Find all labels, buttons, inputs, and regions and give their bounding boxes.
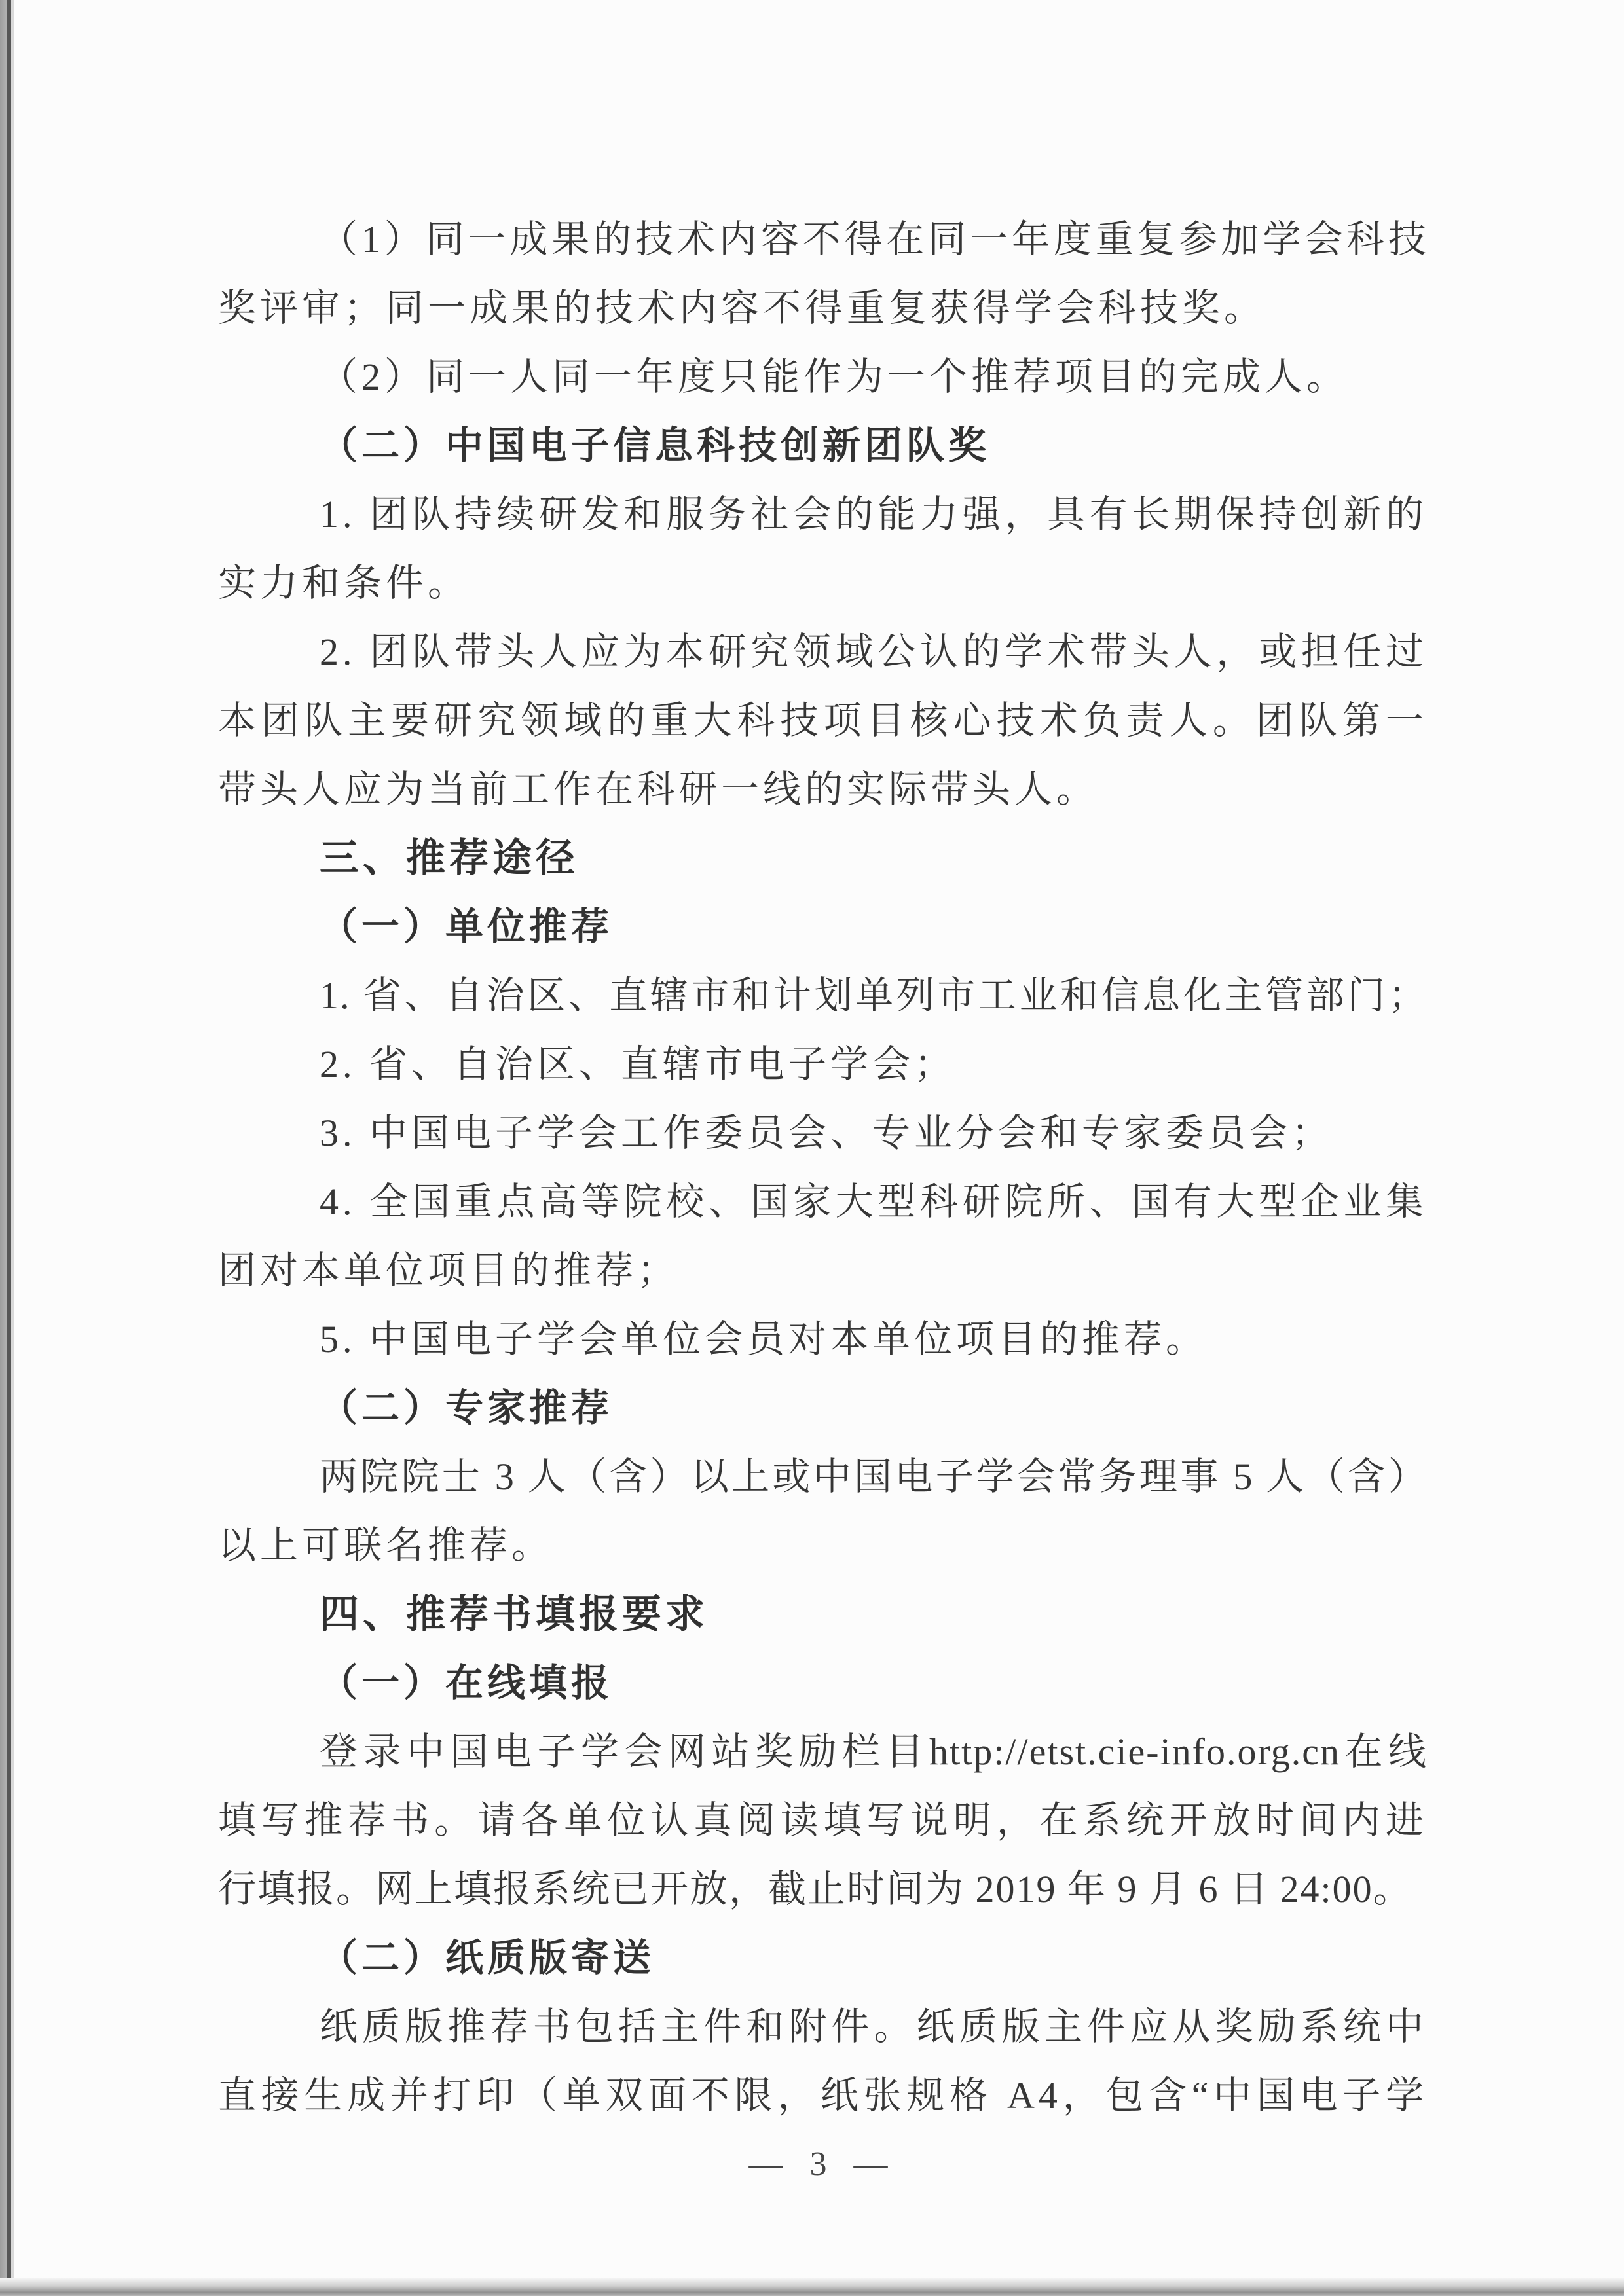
unit-item-5: 5. 中国电子学会单位会员对本单位项目的推荐。 (218, 1305, 1428, 1374)
rule-2-line: （2）同一人同一年度只能作为一个推荐项目的完成人。 (218, 342, 1428, 411)
rule-1-line-2: 奖评审；同一成果的技术内容不得重复获得学会科技奖。 (218, 274, 1428, 342)
team-condition-2-line-1: 2. 团队带头人应为本研究领域公认的学术带头人，或担任过 (218, 617, 1428, 686)
unit-item-4-line-2: 团对本单位项目的推荐； (218, 1236, 1428, 1305)
online-filing-line-3: 行填报。网上填报系统已开放，截止时间为 2019 年 9 月 6 日 24:00… (218, 1855, 1428, 1923)
document-body: （1）同一成果的技术内容不得在同一年度重复参加学会科技 奖评审；同一成果的技术内… (218, 205, 1428, 2198)
unit-item-3: 3. 中国电子学会工作委员会、专业分会和专家委员会； (218, 1099, 1428, 1167)
unit-item-2: 2. 省、自治区、直辖市电子学会； (218, 1030, 1428, 1099)
heading-section-4: 四、推荐书填报要求 (218, 1580, 1428, 1649)
rule-1-line-1: （1）同一成果的技术内容不得在同一年度重复参加学会科技 (218, 205, 1428, 274)
team-condition-2-line-2: 本团队主要研究领域的重大科技项目核心技术负责人。团队第一 (218, 686, 1428, 755)
heading-section-3: 三、推荐途径 (218, 824, 1428, 892)
subheading-expert-recommendation: （二）专家推荐 (218, 1374, 1428, 1442)
team-condition-1-line-2: 实力和条件。 (218, 549, 1428, 617)
page-number: — 3 — (218, 2130, 1428, 2198)
unit-item-1: 1. 省、自治区、直辖市和计划单列市工业和信息化主管部门； (218, 961, 1428, 1030)
subheading-unit-recommendation: （一）单位推荐 (218, 892, 1428, 961)
online-filing-line-2: 填写推荐书。请各单位认真阅读填写说明，在系统开放时间内进 (218, 1786, 1428, 1855)
subheading-online-filing: （一）在线填报 (218, 1649, 1428, 1717)
scan-left-edge-fade (11, 0, 14, 2296)
online-filing-line-1: 登录中国电子学会网站奖励栏目http://etst.cie-info.org.c… (218, 1717, 1428, 1786)
paper-copy-line-1: 纸质版推荐书包括主件和附件。纸质版主件应从奖励系统中 (218, 1992, 1428, 2061)
scan-left-edge-shadow (0, 0, 7, 2296)
expert-recommendation-line-2: 以上可联名推荐。 (218, 1511, 1428, 1580)
paper-copy-line-2: 直接生成并打印（单双面不限，纸张规格 A4，包含“中国电子学 (218, 2061, 1428, 2130)
team-condition-2-line-3: 带头人应为当前工作在科研一线的实际带头人。 (218, 755, 1428, 824)
team-condition-1-line-1: 1. 团队持续研发和服务社会的能力强，具有长期保持创新的 (218, 480, 1428, 549)
scanned-document-page: （1）同一成果的技术内容不得在同一年度重复参加学会科技 奖评审；同一成果的技术内… (0, 0, 1624, 2296)
unit-item-4-line-1: 4. 全国重点高等院校、国家大型科研院所、国有大型企业集 (218, 1167, 1428, 1236)
subheading-paper-copy: （二）纸质版寄送 (218, 1923, 1428, 1992)
subheading-team-award: （二）中国电子信息科技创新团队奖 (218, 411, 1428, 480)
expert-recommendation-line-1: 两院院士 3 人（含）以上或中国电子学会常务理事 5 人（含） (218, 1442, 1428, 1511)
scan-bottom-edge-shadow (0, 2278, 1624, 2296)
